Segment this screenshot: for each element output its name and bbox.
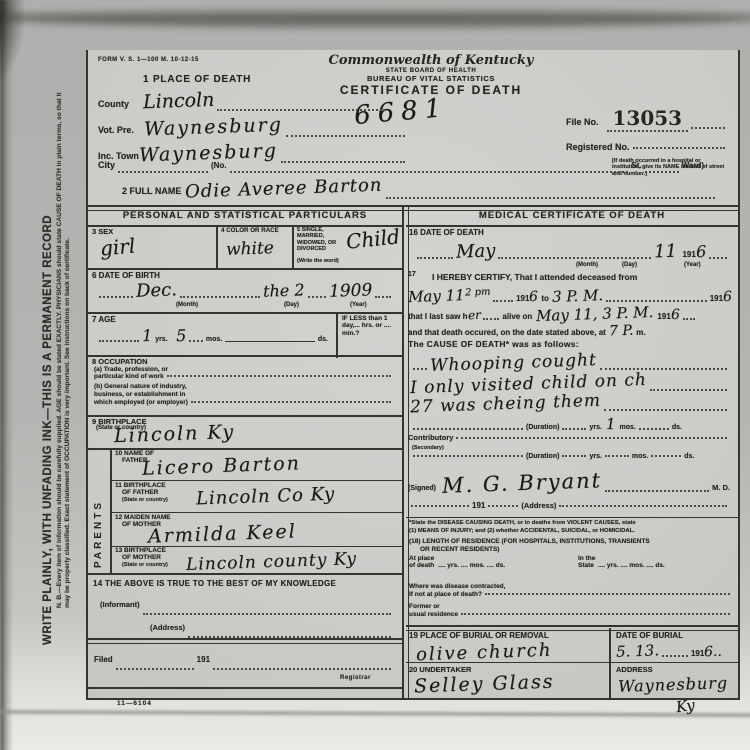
occupation-b-line2: business, or establishment in (94, 391, 185, 398)
attended-from-value: May 11 (408, 286, 465, 306)
city-no-label: (No. (211, 161, 227, 170)
dod-month-value: May (456, 240, 496, 262)
disease-contracted-line1: Where was disease contracted, (409, 583, 505, 590)
dob-month-value: Dec. (136, 279, 178, 301)
attended-from-time-note: 2 pm (464, 287, 490, 299)
informant-row: (Informant) (100, 600, 394, 618)
undertaker-value: Selley Glass (414, 671, 555, 698)
dob-day-caption: (Day) (284, 302, 299, 308)
full-name-row: 2 FULL NAME Odie Averee Barton (122, 178, 718, 202)
margin-note-text: N. B.—Every item of information should b… (56, 88, 72, 608)
age-row: 7 AGE 1 yrs. 5 mos. ds. IF LESS than 1 d… (88, 312, 402, 357)
former-residence-line2: usual residence (409, 611, 733, 618)
dod-month-caption: (Month) (576, 262, 598, 268)
full-name-value: Odie Averee Barton (185, 175, 383, 203)
attended-from-line: May 11 2 pm 191 6 to 3 P. M. 191 6 (408, 287, 732, 305)
father-bp-value: Lincoln Co Ky (196, 484, 336, 510)
md-label: M. D. (712, 483, 730, 492)
mother-name-value: Armilda Keel (148, 520, 297, 547)
dod-day-value: 11 (653, 241, 677, 263)
parents-band: PARENTS 10 NAME OF FATHER Licero Barton … (88, 448, 402, 575)
race-label: 4 COLOR OR RACE (221, 227, 279, 234)
age-months-value: 5 (175, 326, 186, 345)
last-saw-year-prefix: 191 (657, 312, 670, 321)
cause-line-1: Whooping cought (410, 353, 730, 373)
registered-no-label: Registered No. (566, 142, 630, 152)
cause-of-death-label: The CAUSE OF DEATH* was as follows: (408, 339, 579, 349)
county-row: County Lincoln (98, 90, 388, 114)
occupation-a-line2-text: particular kind of work (94, 373, 164, 380)
informant-label: (Informant) (100, 600, 140, 609)
in-state-block: In the State .... yrs. .... mos. .... ds… (578, 555, 736, 569)
at-place-line2: of death (409, 562, 434, 569)
signed-label: (Signed) (408, 485, 436, 492)
place-of-death-label: 1 PLACE OF DEATH (143, 74, 251, 85)
marital-value: Child (345, 224, 401, 253)
age-label: 7 AGE (92, 315, 116, 324)
sex-value: girl (99, 234, 136, 261)
mother-name-row: 12 MAIDEN NAME OF MOTHER Armilda Keel (112, 512, 402, 547)
filed-year-prefix: 191 (197, 655, 210, 664)
cause-duration-line: (Duration) yrs. 1 mos. ds. (410, 415, 730, 433)
dob-row: 6 DATE OF BIRTH Dec. the 2 1909 (Month) … (88, 268, 402, 314)
filed-label: Filed (94, 655, 113, 664)
physician-signature: M. G. Bryant (442, 468, 603, 498)
contributory-duration-yrs: yrs. (589, 453, 601, 460)
occupation-a-line2: particular kind of work (94, 373, 394, 380)
death-occurred-line: and that death occured, on the date stat… (408, 323, 732, 339)
sex-race-marital-row: 3 SEX girl 4 COLOR OR RACE white 5 SINGL… (88, 225, 402, 270)
dob-month-caption: (Month) (176, 302, 198, 308)
parents-vertical-label: PARENTS (93, 500, 104, 568)
father-bp-label-line2: OF FATHER (122, 489, 158, 496)
contributory-label: Contributory (408, 433, 453, 442)
if-less-box: IF LESS than 1 day,... hrs. or .... min.… (336, 312, 402, 358)
at-place-line1: At place (409, 555, 569, 562)
registrar-label: Registrar (340, 675, 371, 681)
form-code: FORM V. S. 1—100 M. 10-12-15 (98, 57, 199, 63)
scan-top-shadow (0, 11, 750, 27)
cause-duration-ds: ds. (672, 424, 682, 431)
father-name-value: Licero Barton (142, 452, 301, 480)
scan-corner-shadow (0, 0, 26, 87)
occupation-b-line3-text: which employed (or employer) (94, 399, 188, 406)
dod-day-caption: (Day) (622, 262, 637, 268)
signed-line: (Signed) M. G. Bryant M. D. (408, 471, 730, 495)
age-years-value: 1 (142, 326, 153, 345)
to-year-prefix: 191 (710, 294, 723, 303)
dod-year-prefix: 191 (682, 250, 695, 259)
race-value: white (226, 238, 275, 260)
occupation-a-line1: (a) Trade, profession, or (94, 366, 168, 373)
county-value: Lincoln (143, 89, 215, 113)
occupation-label: 8 OCCUPATION (92, 357, 148, 366)
disease-contracted-question: If not at place of death? (409, 591, 482, 598)
certify-statement: I HEREBY CERTIFY, That I attended deceas… (432, 272, 637, 282)
contributory-duration-ds: ds. (684, 453, 694, 460)
certify-number: 17 (408, 271, 416, 278)
last-saw-text2: alive on (502, 312, 532, 321)
in-state-line2: State (578, 562, 594, 569)
file-no-value: 13053 (607, 106, 689, 132)
dob-year-caption: (Year) (350, 302, 367, 308)
sex-cell: 3 SEX girl (88, 225, 218, 268)
father-name-row: 10 NAME OF FATHER Licero Barton (112, 448, 402, 481)
registered-no-row: Registered No. (566, 142, 728, 152)
filed-row: Filed 191 (94, 655, 394, 673)
precinct-value: Waynesburg (144, 114, 284, 141)
father-bp-hint: (State or country) (122, 497, 168, 503)
precinct-label: Vot. Pre. (98, 125, 134, 135)
disease-contracted-line2: If not at place of death? (409, 591, 733, 598)
burial-undertaker-divider (609, 628, 611, 698)
undertaker-address-value: Waynesburg (618, 673, 729, 696)
scan-bottom-streak (0, 710, 750, 716)
contributory-line: Contributory (408, 433, 730, 442)
to-year-value: 6 (723, 289, 732, 305)
at-place-ymd: .... yrs. .... mos. .... ds. (438, 562, 505, 569)
medical-column: MEDICAL CERTIFICATE OF DEATH 16 DATE OF … (406, 205, 738, 698)
registrar-divider (88, 638, 402, 644)
scanned-death-certificate: WRITE PLAINLY, WITH UNFADING INK—THIS IS… (0, 0, 750, 750)
signed-address-label: (Address) (521, 501, 556, 510)
county-label: County (98, 99, 129, 109)
burial-year-value: 6.. (704, 644, 722, 661)
cause-duration-months-value: 1 (606, 415, 616, 433)
birthplace-row: 9 BIRTHPLACE (State or country) Lincoln … (88, 415, 402, 450)
certificate-form: FORM V. S. 1—100 M. 10-12-15 Commonwealt… (86, 50, 740, 700)
last-saw-year-value: 6 (671, 307, 680, 323)
from-year-prefix: 191 (516, 294, 529, 303)
contributory-duration-mos: mos. (632, 453, 648, 460)
informant-address-label: (Address) (150, 623, 185, 632)
dob-year-value: 1909 (328, 280, 372, 301)
city-row: City (No. St. Ward) (98, 160, 704, 176)
age-values-line: 1 yrs. 5 mos. ds. (96, 326, 328, 345)
burial-date-label: DATE OF BURIAL (616, 631, 683, 640)
former-residence-line1: Former or (409, 603, 440, 610)
marital-label: 5 SINGLE, MARRIED, WIDOWED, OR DIVORCED (297, 227, 351, 252)
attest-statement: 14 THE ABOVE IS TRUE TO THE BEST OF MY K… (93, 579, 336, 588)
age-ds-caption: ds. (318, 336, 328, 343)
birthplace-value: Lincoln Ky (114, 421, 236, 447)
bureau-line: BUREAU OF VITAL STATISTICS (316, 74, 546, 83)
contributory-duration-label: (Duration) (526, 453, 559, 460)
last-saw-text1: that I last saw h (408, 312, 468, 321)
burial-date-line: 5. 13. 191 6.. (616, 642, 734, 660)
dob-label: 6 DATE OF BIRTH (92, 271, 160, 280)
occupation-b-line3: which employed (or employer) (94, 399, 394, 406)
personal-column-bottom-rule (88, 687, 402, 689)
undertaker-address-label: ADDRESS (616, 665, 653, 674)
from-year-value: 6 (529, 289, 538, 305)
date-of-death-label: 16 DATE OF DEATH (409, 228, 484, 237)
age-mos-caption: mos. (206, 336, 222, 343)
death-occurred-text: and that death occured, on the date stat… (408, 328, 606, 337)
date-of-death-line: May 11 191 6 (414, 241, 730, 262)
cause-duration-mos: mos. (619, 424, 635, 431)
residence-header-line2: OR RECENT RESIDENTS) (420, 546, 499, 553)
in-state-line1: In the (578, 555, 736, 562)
dob-values-line: Dec. the 2 1909 (96, 280, 394, 301)
signed-year-prefix: 191 (472, 501, 485, 510)
occupation-row: 8 OCCUPATION (a) Trade, profession, or p… (88, 355, 402, 417)
parents-strip: PARENTS (88, 448, 112, 573)
footnote-rule (406, 517, 738, 518)
dod-year-caption: (Year) (684, 262, 701, 268)
mother-bp-label-line1: 13 BIRTHPLACE (115, 547, 166, 554)
last-saw-value: May 11, 3 P. M. (536, 303, 654, 325)
former-residence-label: usual residence (409, 611, 458, 618)
marital-hint: (Write the word) (297, 258, 339, 264)
to-label: to (541, 294, 549, 303)
scan-left-edge (0, 0, 13, 750)
secondary-label: (Secondary) (412, 445, 444, 451)
contributory-duration-line: (Duration) yrs. mos. ds. (410, 453, 730, 460)
father-label-line1: 10 NAME OF (115, 450, 154, 457)
commonwealth-title: Commonwealth of Kentucky (316, 53, 546, 68)
attended-to-value: 3 P. M. (552, 286, 604, 306)
plate-code: 11—6104 (117, 700, 152, 707)
mother-label-line1: 12 MAIDEN NAME (115, 514, 171, 521)
margin-warning-text: WRITE PLAINLY, WITH UNFADING INK—THIS IS… (42, 70, 54, 645)
age-yrs-caption: yrs. (155, 336, 167, 343)
last-saw-pronoun: er (467, 308, 480, 322)
cause-duration-yrs: yrs. (589, 424, 601, 431)
footnote-line1: *State the DISEASE CAUSING DEATH, or in … (409, 520, 636, 526)
footnote-line2: (1) MEANS OF INJURY; and (2) whether ACC… (409, 528, 635, 534)
mother-bp-hint: (State or country) (122, 562, 168, 568)
file-no-label: File No. (566, 117, 599, 127)
father-bp-label-line1: 11 BIRTHPLACE (115, 482, 166, 489)
personal-column-header: PERSONAL AND STATISTICAL PARTICULARS (88, 205, 402, 227)
cause-line-3-value: 27 was cheing them (410, 391, 602, 418)
mother-bp-label-line2: OF MOTHER (122, 554, 161, 561)
at-place-block: At place of death .... yrs. .... mos. ..… (409, 555, 569, 569)
occupation-b-line1: (b) General nature of industry, (94, 383, 187, 390)
last-saw-line: that I last saw h er alive on May 11, 3 … (408, 305, 732, 323)
personal-column: PERSONAL AND STATISTICAL PARTICULARS 3 S… (88, 205, 402, 698)
precinct-row: Vot. Pre. Waynesburg (98, 116, 408, 140)
in-state-ymd: .... yrs. .... mos. .... ds. (598, 562, 665, 569)
burial-date-value: 5. 13. (616, 641, 660, 660)
burial-year-prefix: 191 (691, 649, 704, 658)
marital-cell: 5 SINGLE, MARRIED, WIDOWED, OR DIVORCED … (294, 225, 402, 268)
father-birthplace-row: 11 BIRTHPLACE OF FATHER (State or countr… (112, 480, 402, 513)
file-no-row: File No. 13053 (566, 106, 728, 132)
city-label: City (98, 160, 115, 170)
full-name-label: 2 FULL NAME (122, 186, 181, 196)
cause-duration-label: (Duration) (526, 424, 559, 431)
death-hour-value: 7 P. (609, 323, 634, 340)
mother-bp-value: Lincoln county Ky (186, 549, 358, 575)
city-ward-label: Ward) (682, 161, 704, 170)
city-st-label: St. (631, 161, 641, 170)
dob-day-value: the 2 (263, 280, 305, 300)
undertaker-label: 20 UNDERTAKER (409, 665, 471, 674)
burial-place-label: 19 PLACE OF BURIAL OR REMOVAL (409, 631, 549, 640)
mother-birthplace-row: 13 BIRTHPLACE OF MOTHER (State or countr… (112, 546, 402, 573)
residence-header-line1: (18) LENGTH OF RESIDENCE (FOR HOSPITALS,… (409, 538, 650, 545)
dod-year-value: 6 (695, 242, 706, 261)
medical-column-header: MEDICAL CERTIFICATE OF DEATH (406, 205, 738, 227)
signed-date-address-line: 191 (Address) (408, 501, 730, 510)
cause-line-3: 27 was cheing them (410, 394, 730, 414)
race-cell: 4 COLOR OR RACE white (218, 225, 294, 268)
death-occurred-m: m. (636, 328, 645, 337)
